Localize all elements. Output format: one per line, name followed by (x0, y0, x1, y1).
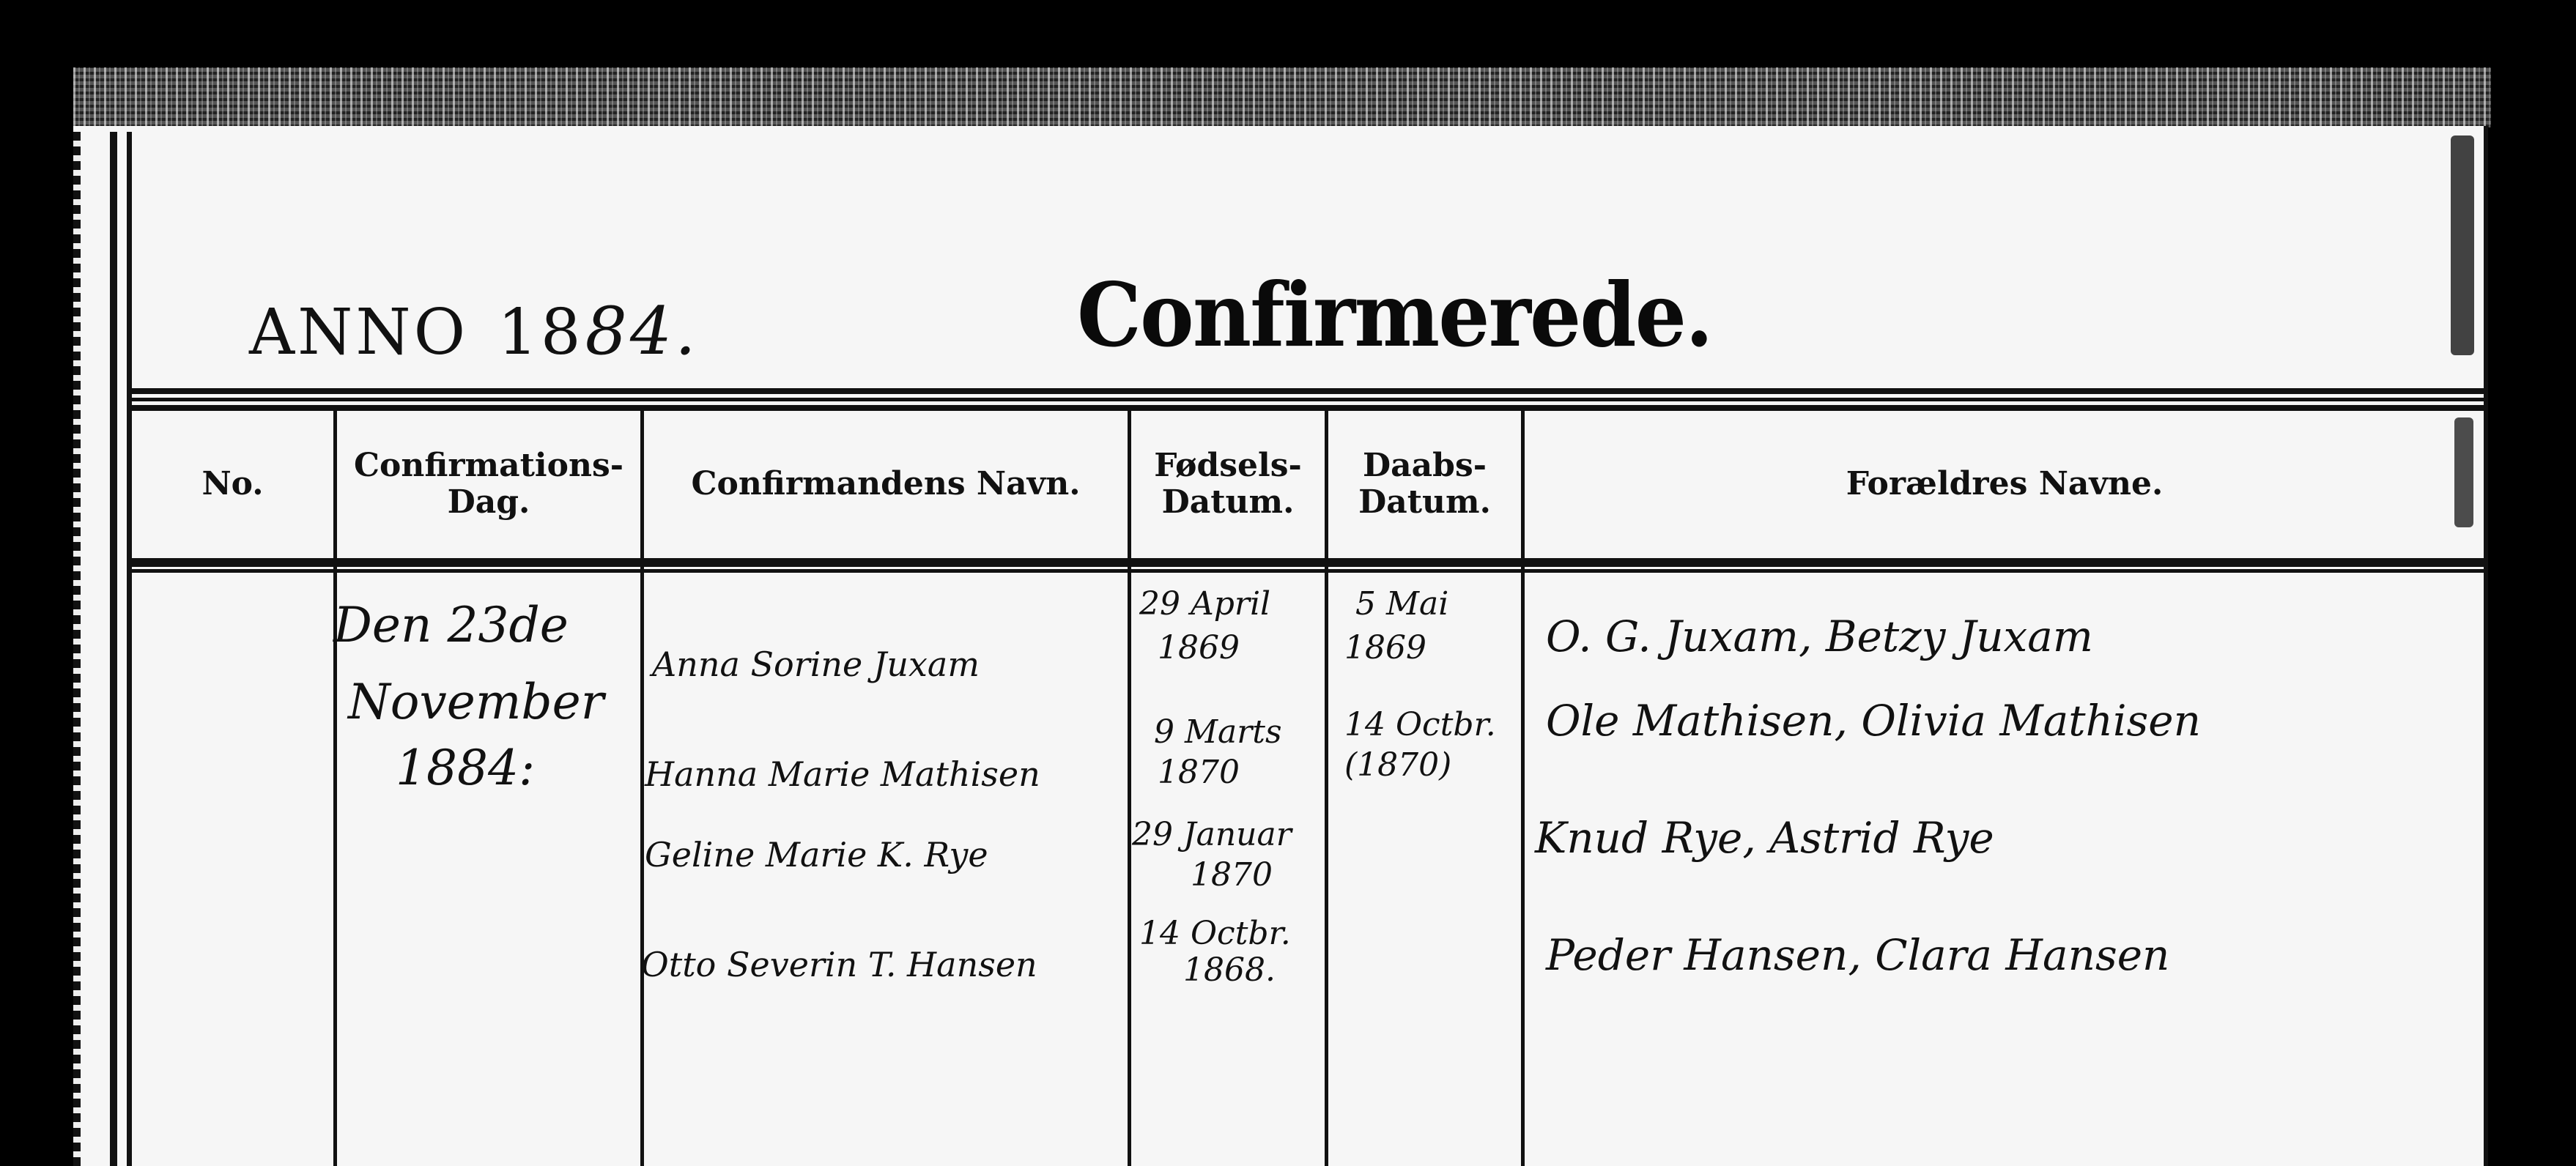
birth-date-year: 1868. (1183, 952, 1276, 989)
anno-label: ANNO (249, 296, 468, 369)
parents-names: Peder Hansen, Clara Hansen (1546, 930, 2169, 980)
birth-date-day-month: 14 Octbr. (1139, 916, 1291, 952)
header-rule (132, 388, 2487, 394)
column-header-baptism-date: Daabs- Datum. (1328, 410, 1521, 558)
header-rule (132, 398, 2487, 401)
birth-date-day-month: 29 April (1139, 586, 1270, 623)
birth-date-day-month: 29 Januar (1132, 817, 1292, 853)
year-heading: ANNO1884. (249, 293, 699, 370)
year-printed: 18 (497, 296, 583, 369)
header-bottom-rule (132, 569, 2487, 573)
year-handwritten: 84. (585, 293, 699, 370)
confirmation-day-line3: 1884: (396, 740, 535, 796)
scan-border-noise (73, 67, 2491, 127)
birth-date-year: 1869 (1158, 630, 1240, 666)
ink-smudge (2451, 135, 2474, 355)
left-border-rule-inner (127, 132, 132, 1166)
parents-names: Ole Mathisen, Olivia Mathisen (1546, 696, 2201, 746)
birth-date-day-month: 9 Marts (1154, 714, 1282, 751)
baptism-date-day-month: 14 Octbr. (1344, 707, 1496, 743)
parents-names: O. G. Juxam, Betzy Juxam (1546, 612, 2093, 661)
column-header-confirmation-day: Confirmations- Dag. (337, 410, 640, 558)
right-page-edge (2484, 126, 2488, 1166)
column-header-parents-names: Forældres Navne. (1525, 410, 2484, 558)
column-header-confirmand-name: Confirmandens Navn. (644, 410, 1128, 558)
confirmand-name: Hanna Marie Mathisen (645, 754, 1040, 794)
baptism-date-year: 1869 (1344, 630, 1426, 666)
header-bottom-rule (132, 558, 2487, 567)
confirmand-name: Anna Sorine Juxam (652, 645, 980, 684)
birth-date-year: 1870 (1191, 857, 1273, 894)
birth-date-year: 1870 (1158, 754, 1240, 791)
baptism-date-day-month: 5 Mai (1355, 586, 1448, 623)
confirmation-day-line2: November (348, 674, 604, 730)
confirmand-name: Geline Marie K. Rye (645, 835, 988, 874)
baptism-date-year: (1870) (1344, 747, 1451, 784)
parents-names: Knud Rye, Astrid Rye (1535, 813, 1994, 863)
page-binding-edge (73, 132, 81, 1166)
column-header-no: No. (132, 410, 333, 558)
page-title: Confirmerede. (1077, 264, 1712, 367)
column-header-birth-date: Fødsels- Datum. (1131, 410, 1325, 558)
confirmand-name: Otto Severin T. Hansen (641, 945, 1037, 984)
left-border-rule (110, 132, 117, 1166)
confirmation-day-line1: Den 23de (333, 597, 569, 653)
